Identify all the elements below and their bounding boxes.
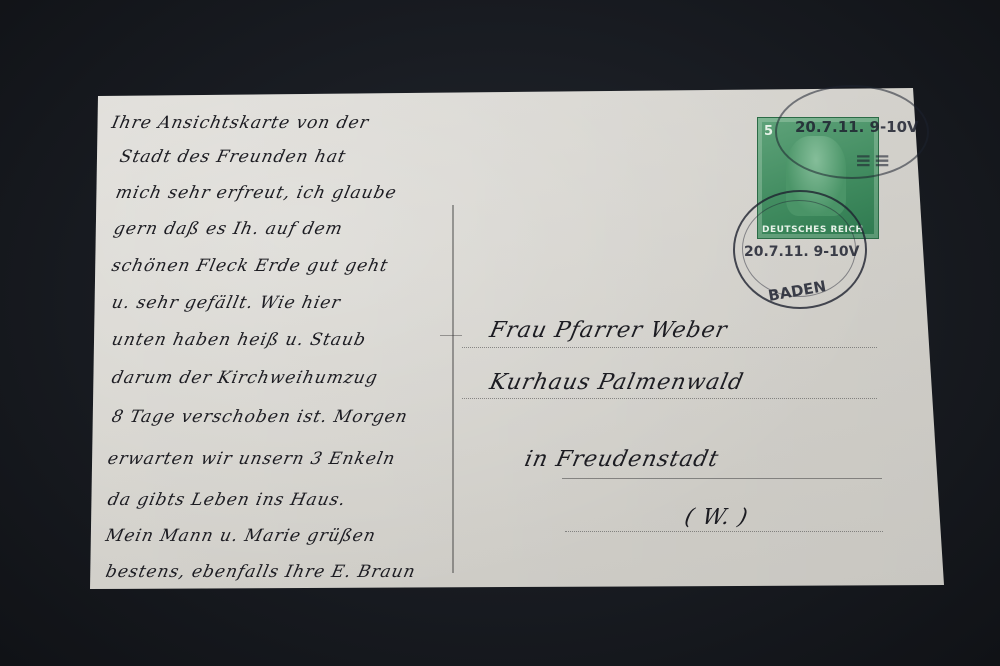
stamp-value: 5	[764, 124, 773, 139]
message-line: bestens, ebenfalls Ihre E. Braun	[104, 562, 418, 582]
message-line: gern daß es Ih. auf dem	[112, 219, 345, 239]
message-line: mich sehr erfreut, ich glaube	[114, 183, 399, 203]
postmark-upper-date: 20.7.11. 9-10V	[795, 118, 919, 136]
address-rule	[462, 398, 877, 399]
message-line: Ihre Ansichtskarte von der	[110, 113, 371, 133]
address-line-city: in Freudenstadt	[522, 447, 721, 472]
message-line: erwarten wir unsern 3 Enkeln	[106, 449, 398, 469]
card-divider-line	[452, 205, 454, 573]
message-line: Mein Mann u. Marie grüßen	[104, 526, 378, 546]
message-line: u. sehr gefällt. Wie hier	[110, 293, 343, 313]
address-rule	[565, 531, 883, 532]
message-line: 8 Tage verschoben ist. Morgen	[110, 407, 410, 427]
postmark-cancel-bars-icon: ≡≡	[855, 148, 893, 172]
message-line: da gibts Leben ins Haus.	[106, 490, 348, 510]
message-line: darum der Kirchweihumzug	[110, 368, 380, 388]
address-rule	[562, 478, 882, 479]
address-line-street: Kurhaus Palmenwald	[487, 370, 746, 395]
postmark-lower-date: 20.7.11. 9-10V	[744, 244, 859, 260]
message-line: Stadt des Freunden hat	[118, 147, 348, 167]
card-divider-tick	[440, 335, 462, 336]
address-rule	[462, 347, 877, 348]
message-line: unten haben heiß u. Staub	[110, 330, 368, 350]
address-line-recipient: Frau Pfarrer Weber	[487, 318, 729, 343]
address-line-region: ( W. )	[682, 505, 750, 530]
message-line: schönen Fleck Erde gut geht	[110, 256, 390, 276]
